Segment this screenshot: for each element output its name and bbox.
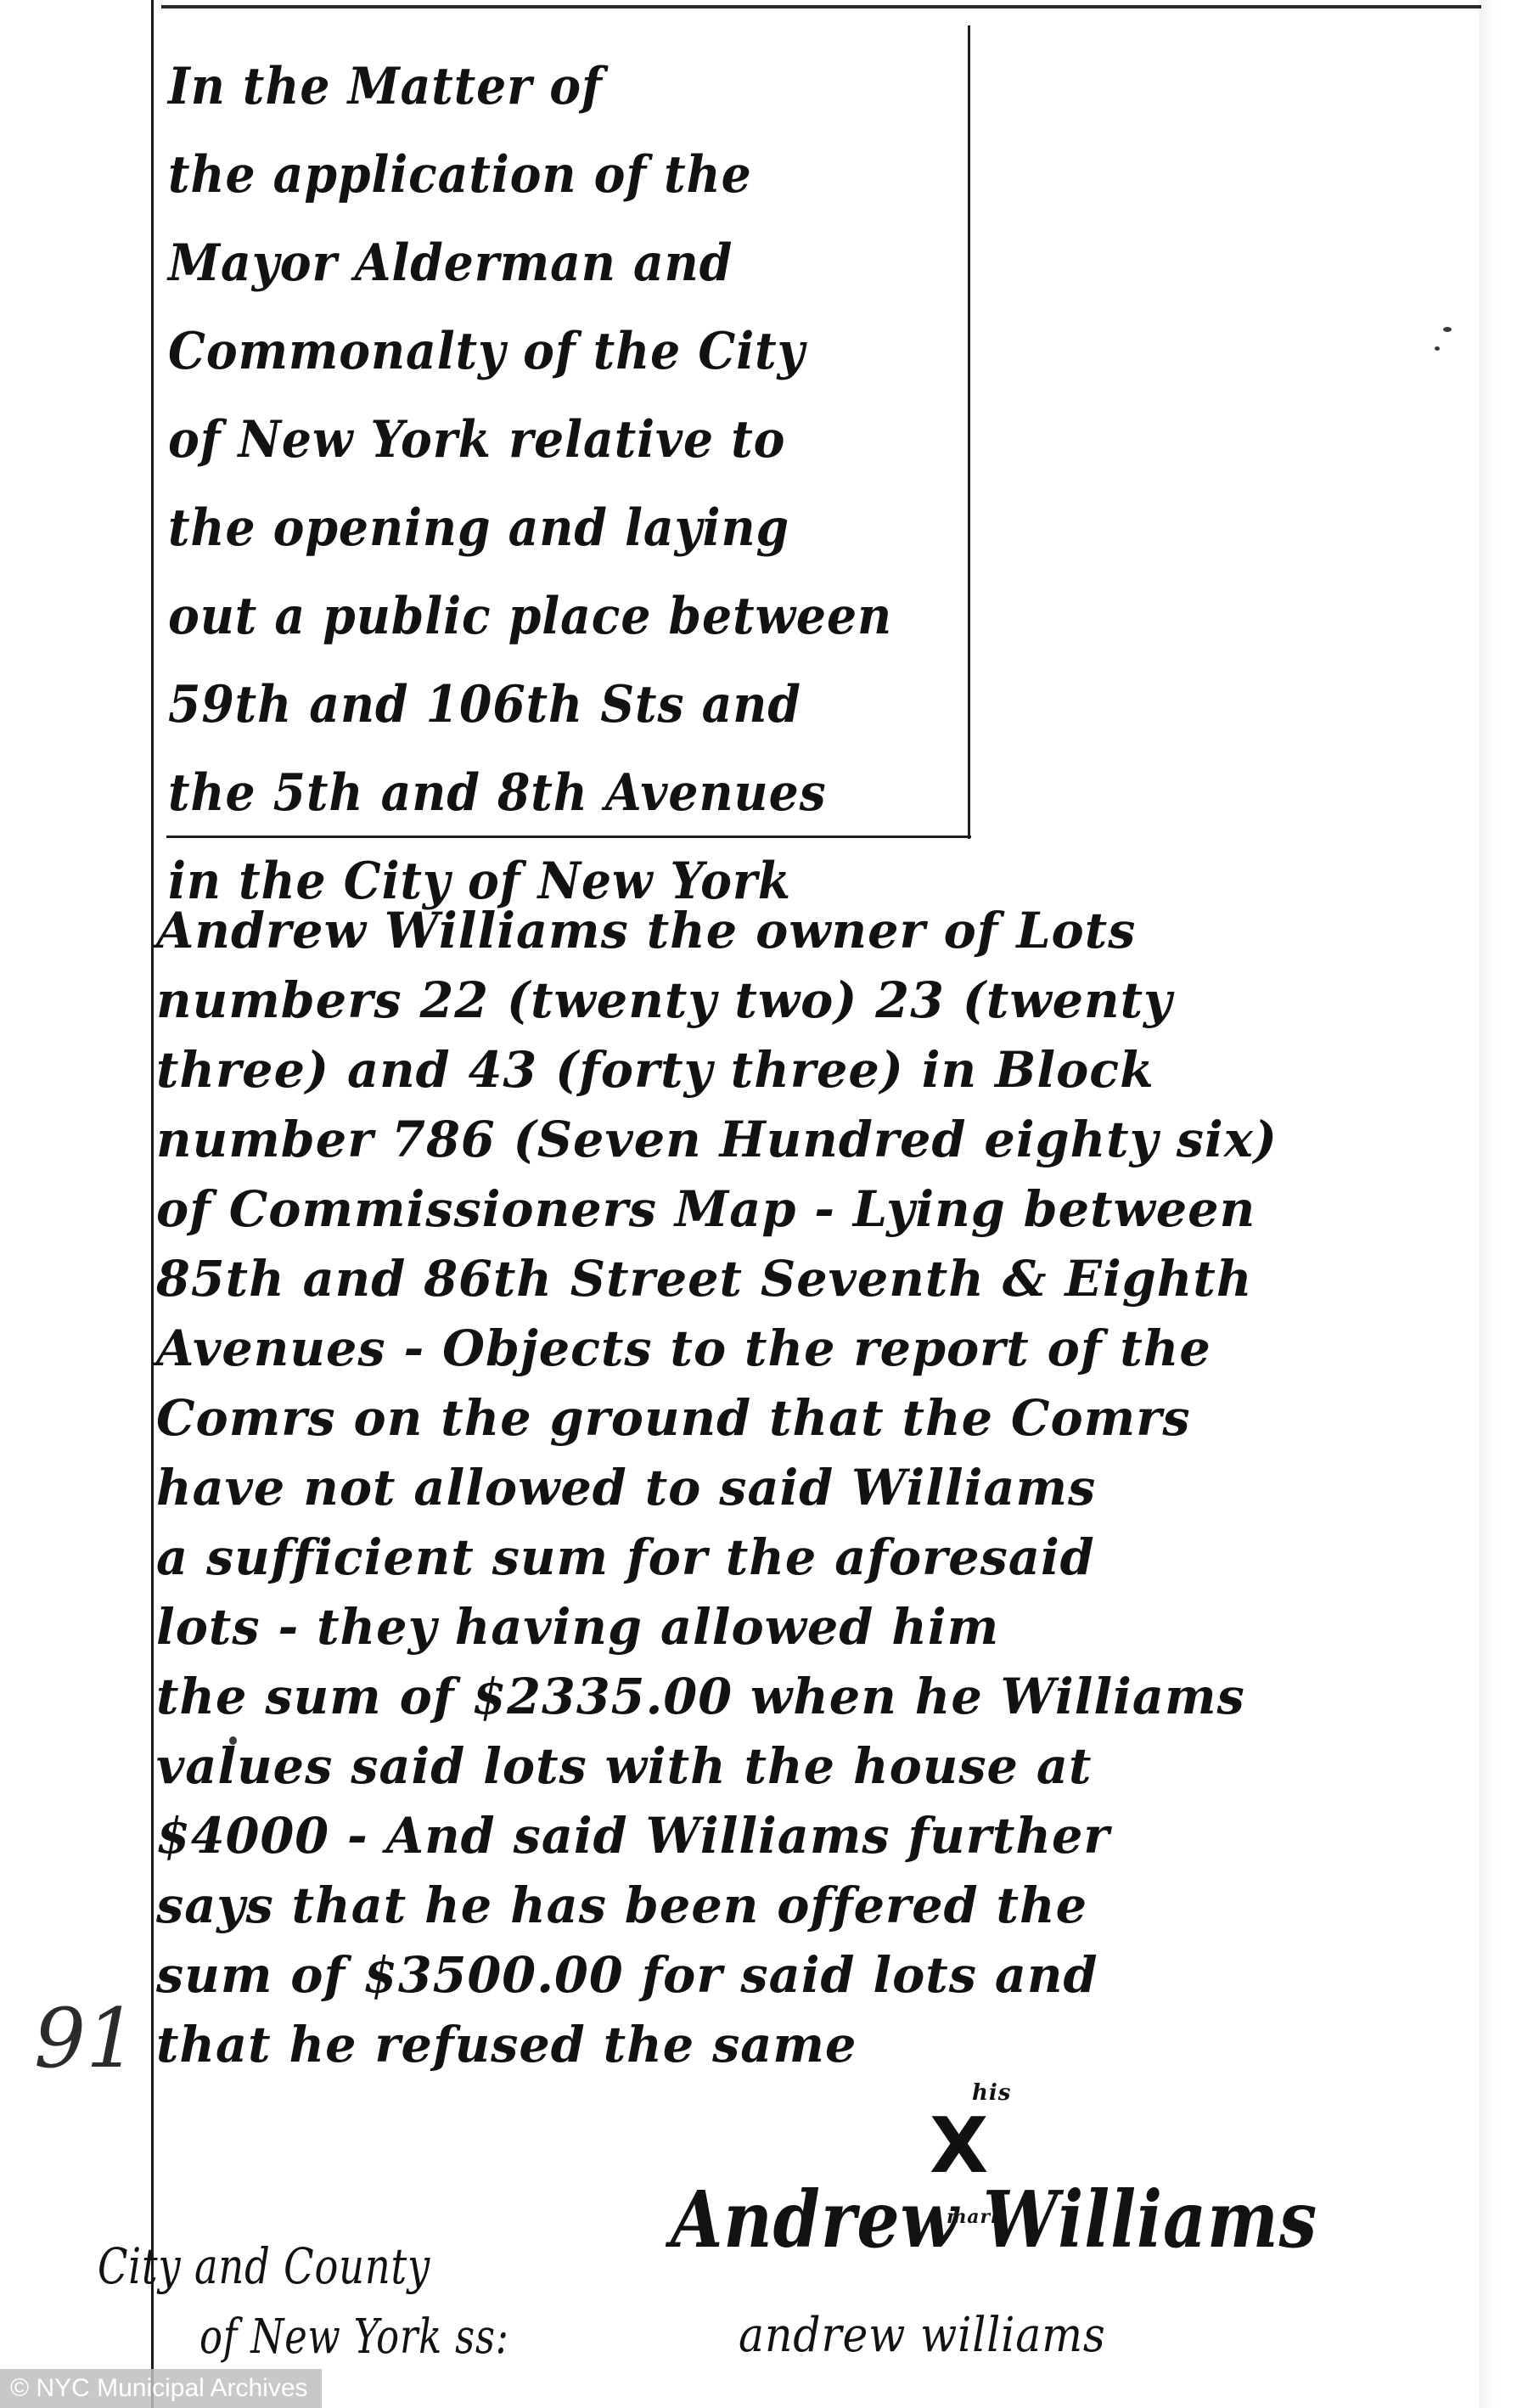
caption-line: of New York relative to: [168, 396, 895, 484]
jurat-venue-line-1: City and County: [98, 2237, 430, 2295]
statement-line: Andrew Williams the owner of Lots: [156, 896, 1463, 965]
statement-line: a sufficient sum for the aforesaid: [156, 1522, 1463, 1592]
caption-line: the 5th and 8th Avenues: [168, 749, 895, 837]
jurat-venue-line-2: of New York ss:: [199, 2310, 509, 2365]
statement-line: 85th and 86th Street Seventh & Eighth: [156, 1244, 1463, 1314]
case-caption: In the Matter of the application of the …: [168, 42, 958, 926]
caption-line: the application of the: [168, 131, 895, 219]
ink-speck: [229, 1736, 237, 1745]
statement-line: Avenues - Objects to the report of the: [156, 1314, 1463, 1383]
statement-line: says that he has been offered the: [156, 1871, 1463, 1940]
objection-statement: Andrew Williams the owner of Lots number…: [156, 896, 1480, 2079]
statement-line: number 786 (Seven Hundred eighty six): [156, 1105, 1463, 1174]
statement-line: of Commissioners Map - Lying between: [156, 1174, 1463, 1244]
archive-watermark: © NYC Municipal Archives: [0, 2369, 322, 2408]
statement-line: values said lots with the house at: [156, 1731, 1463, 1801]
signature-name: Andrew Williams: [671, 2174, 1317, 2265]
ink-speck: [1443, 327, 1452, 332]
marginal-page-number: 91: [34, 1991, 138, 2086]
statement-line: numbers 22 (twenty two) 23 (twenty: [156, 965, 1463, 1035]
caption-line: Mayor Alderman and: [168, 219, 895, 307]
caption-line: the opening and laying: [168, 484, 895, 572]
caption-line: 59th and 106th Sts and: [168, 661, 895, 749]
statement-line: $4000 - And said Williams further: [156, 1801, 1463, 1871]
statement-line: sum of $3500.00 for said lots and: [156, 1940, 1463, 2010]
top-rule: [161, 5, 1481, 8]
statement-line: have not allowed to said Williams: [156, 1453, 1463, 1522]
caption-box-right-border: [968, 25, 970, 839]
statement-line: Comrs on the ground that the Comrs: [156, 1383, 1463, 1453]
caption-line: out a public place between: [168, 572, 895, 661]
statement-line: the sum of $2335.00 when he Williams: [156, 1662, 1463, 1731]
caption-line: Commonalty of the City: [168, 307, 895, 396]
ink-speck: [1435, 346, 1440, 351]
statement-line: lots - they having allowed him: [156, 1592, 1463, 1662]
page-edge-shadow: [1479, 0, 1528, 2408]
statement-line: that he refused the same: [156, 2010, 1463, 2079]
statement-line: three) and 43 (forty three) in Block: [156, 1035, 1463, 1105]
left-margin-rule: [151, 0, 154, 2408]
caption-line: In the Matter of: [168, 42, 895, 131]
jurat-signature: andrew williams: [739, 2308, 1106, 2363]
